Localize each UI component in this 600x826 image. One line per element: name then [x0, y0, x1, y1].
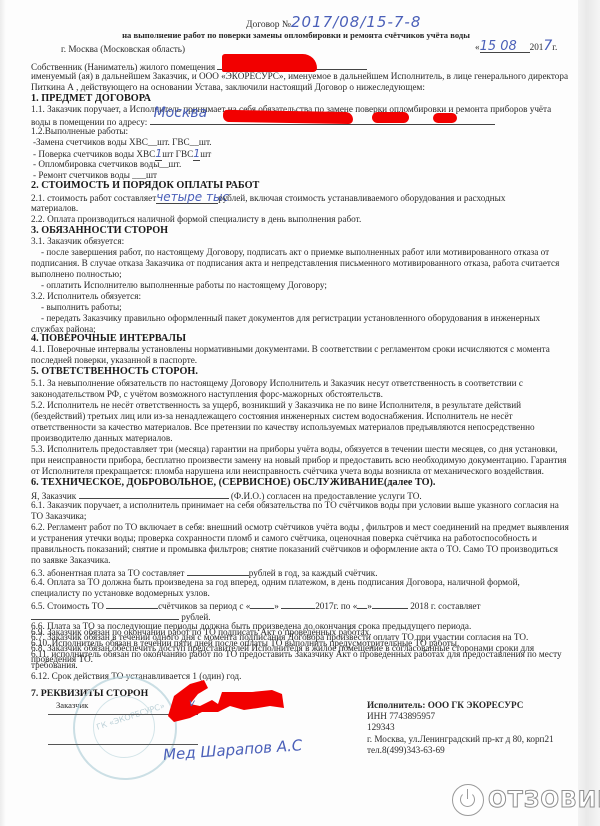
annual-fee-field [187, 566, 249, 576]
period-from-day-field [250, 599, 274, 609]
date-suffix: г. [552, 42, 557, 52]
price-handwritten: четыре тыс [156, 192, 218, 204]
p6-2-a: 6.2. Регламент работ по ТО включает в се… [31, 522, 569, 533]
redaction-address-1 [223, 110, 353, 124]
p3-2: 3.2. Исполнитель обязуется: [31, 291, 141, 302]
p6-4-b: специалисту по установке водомерных узло… [31, 588, 210, 599]
section-4-title: 4. ПОВЕРОЧНЫЕ ИНТЕРВАЛЫ [31, 333, 186, 344]
p6-1-a: 6.1. Заказчик поручает, а исполнитель пр… [31, 500, 559, 511]
contractor-details: Исполнитель: ООО ГК ЭКОРЕСУРС ИНН 774389… [367, 700, 554, 756]
p2-2: 2.2. Оплата производиться наличной формо… [31, 214, 361, 225]
quote-close-1: » [274, 601, 279, 611]
scan-right-shadow [578, 0, 600, 826]
p6-11-a: 6.11. исполнитель обязан по окончанию ра… [31, 649, 562, 660]
work-item-seal: - Опломбировка счетчиков воды__шт. [33, 159, 181, 170]
period-to-month-field [372, 599, 408, 609]
p6-2-b: и устранения утечки воды; проверка сохра… [31, 533, 537, 544]
total-cost-field [31, 610, 179, 620]
p5-2-b: (бездействий) третьих лиц или из-за нена… [31, 411, 513, 422]
redaction-signature-area [160, 678, 295, 724]
date-year-prefix: 201 [530, 42, 544, 52]
p3-1-d: - оплатить Исполнителю выполненные работ… [41, 280, 327, 291]
p5-1-a: 5.1. За невыполнение обязательств по нас… [31, 378, 523, 389]
p3-1-c: выполнено полностью; [31, 269, 122, 280]
p4-1-b: последней поверки, указанной в паспорте. [31, 355, 197, 366]
meter-count-field [106, 599, 158, 609]
p6-10: 6.10. Исполнитель обязан в течении пяти … [31, 638, 459, 649]
p6-1-b: ТО Заказчика; [31, 511, 86, 522]
period-to-label: 2017г. по « [315, 601, 357, 611]
signature-check-mark: v [189, 698, 195, 709]
p4-1-a: 4.1. Поверочные интервалы установлены но… [31, 344, 550, 355]
customer-name-field [79, 489, 229, 499]
verify-text-a: - Поверка счетчиков воды ХВС [33, 149, 155, 159]
period-to-day-field [357, 599, 367, 609]
contract-title: Договор №2017/08/15-7-8 [246, 17, 421, 31]
contractor-name: Исполнитель: ООО ГК ЭКОРЕСУРС [367, 700, 554, 711]
redaction-address-2 [372, 112, 409, 123]
p5-3-b: при неисправности прибора, бесплатно про… [31, 455, 567, 466]
p5-3-c: от Исполнителя прекращается: пломба нару… [31, 466, 544, 477]
p3-1: 3.1. Заказчик обязуется: [31, 236, 124, 247]
title-prefix: Договор № [246, 20, 291, 30]
section-3-title: 3. ОБЯЗАННОСТИ СТОРОН [31, 225, 168, 236]
intro-line-3: Питкина А , действующего на основании Ус… [31, 82, 425, 93]
scan-left-edge [0, 0, 6, 826]
verify-text-b: шт ГВС [162, 149, 193, 159]
p5-3-a: 5.3. Исполнитель предоставляет три (меся… [31, 444, 557, 455]
contract-date: «15 082017г. [475, 41, 557, 53]
contract-number-handwritten: 2017/08/15-7-8 [291, 13, 421, 31]
p6-11-b: требования. [31, 660, 78, 671]
p5-2-c: ответственности за качество материалов. … [31, 422, 535, 433]
contractor-address: г. Москва, ул.Ленинградский пр-кт д 80, … [367, 734, 554, 745]
date-day-month-handwritten: 15 08 [480, 41, 530, 53]
redaction-owner-name [222, 54, 317, 72]
section-5-title: 5. ОТВЕТСТВЕННОСТЬ СТОРОН. [31, 366, 198, 377]
cost-suffix: 2018 г. составляет [410, 601, 480, 611]
date-year-handwritten: 7 [543, 38, 552, 54]
p5-2-a: 5.2. Исполнитель не несёт ответственност… [31, 400, 521, 411]
contractor-inn: ИНН 7743895957 [367, 711, 554, 722]
price-label: 2.1. стоимость работ составляет [31, 193, 156, 203]
p6-9-b: 6.9. Заказчик обязан по окончании работ … [31, 627, 371, 638]
p1-2: 1.2.Выполненые работы: [31, 126, 128, 137]
redaction-address-3 [433, 113, 457, 123]
p6-4-a: 6.4. Оплата за ТО должна быть произведен… [31, 577, 520, 588]
p2-1-c: материалов. [31, 203, 78, 214]
address-handwritten: Москва [154, 108, 208, 119]
contract-city: г. Москва (Московская область) [61, 44, 185, 55]
p6-2-c: правильность показаний; снятие и промывк… [31, 544, 558, 555]
verify-text-c: шт [200, 149, 211, 159]
p3-2-a: - выполнить работы; [41, 302, 122, 313]
intro-line-2: именуемый (ая) в дальнейшем Заказчик, и … [31, 71, 568, 82]
p6-2-d: по заявке Заказчика. [31, 555, 110, 566]
p3-1-b: подписания. В случае отказа Заказчика от… [31, 258, 559, 269]
watermark-brand: ОТЗОВИК [488, 788, 600, 813]
contractor-postcode: 129343 [367, 722, 554, 733]
price-suffix: рублей, включая стоимость устанавливаемо… [218, 193, 505, 203]
p3-1-a: - после завершения работ, по настоящему … [41, 247, 549, 258]
section-1-title: 1. ПРЕДМЕТ ДОГОВОРА [31, 93, 151, 104]
section-6-title: 6. ТЕХНИЧЕСКОЕ, ДОБРОВОЛЬНОЕ, (СЕРВИСНОЕ… [31, 477, 435, 488]
period-from-month-field [281, 599, 315, 609]
p3-2-b: - передать Заказчику правильно оформленн… [41, 313, 540, 324]
p5-1-b: законодательством РФ, с учётом возможног… [31, 389, 383, 400]
p2-1-a: 2.1. стоимость работ составляетчетыре ты… [31, 192, 505, 204]
power-icon [452, 784, 484, 816]
otzovik-watermark: ОТЗОВИК [452, 782, 600, 818]
p5-2-d: производителю данных материалов. [31, 433, 173, 444]
work-item-replace: -Замена счетчиков воды ХВС__шт. ГВС__шт. [33, 137, 212, 148]
contractor-phone: тел.8(499)343-63-69 [367, 745, 554, 756]
